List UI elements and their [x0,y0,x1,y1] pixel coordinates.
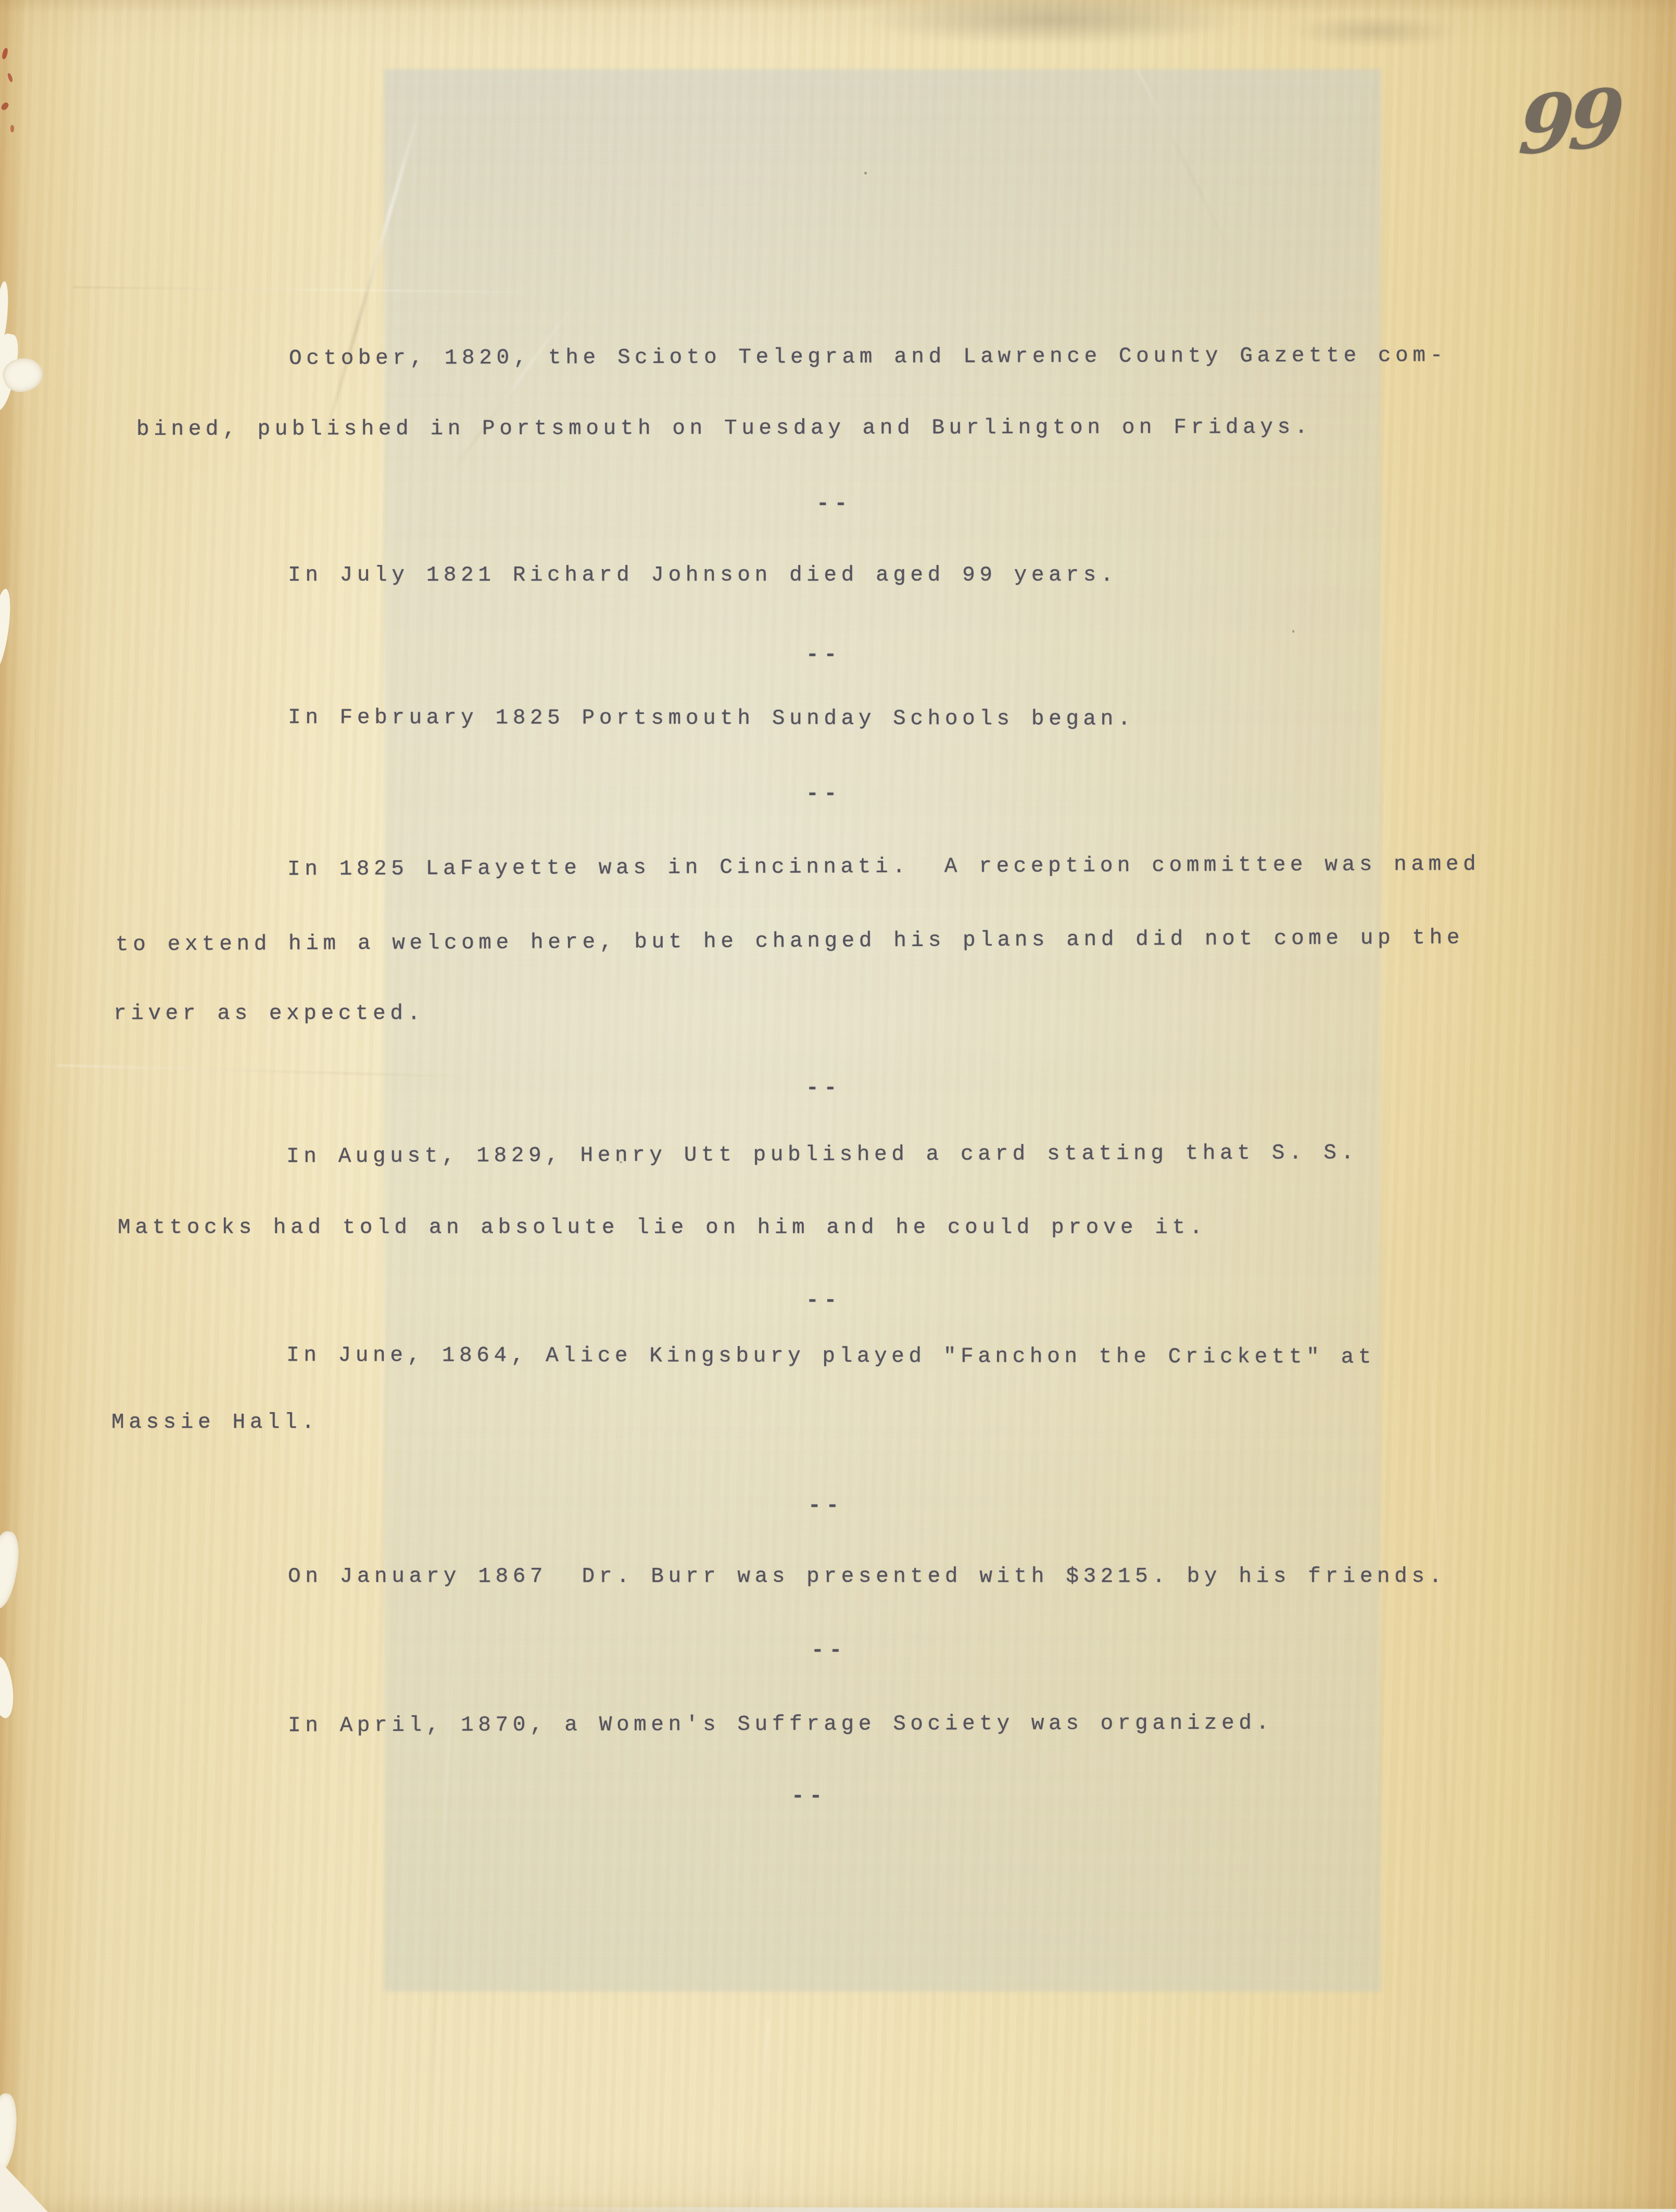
typed-line: In August, 1829, Henry Utt published a c… [286,1142,1358,1167]
typed-line: bined, published in Portsmouth on Tuesda… [136,417,1312,441]
typed-line: Mattocks had told an absolute lie on him… [118,1217,1207,1239]
typed-line: In April, 1870, a Women's Suffrage Socie… [288,1713,1274,1737]
paragraph-separator: -- [806,1078,842,1099]
paragraph-separator: -- [806,645,842,666]
paragraph-separator: -- [806,784,842,805]
paragraph-separator: -- [811,1640,847,1662]
typed-line: October, 1820, the Scioto Telegram and L… [289,345,1447,370]
paragraph-separator: -- [806,1290,842,1312]
paragraph-separator: -- [791,1786,827,1807]
page-number-handwritten: 99 [1517,78,1622,166]
paragraph-separator: -- [816,494,852,515]
document-page: 99 October, 1820, the Scioto Telegram an… [0,0,1676,2212]
typed-line: In July 1821 Richard Johnson died aged 9… [288,565,1118,586]
typed-line: In 1825 LaFayette was in Cincinnati. A r… [287,854,1480,881]
typed-line: On January 1867 Dr. Burr was presented w… [288,1566,1446,1588]
typed-line: In February 1825 Portsmouth Sunday Schoo… [288,708,1135,731]
paragraph-separator: -- [808,1495,844,1517]
typed-line: Massie Hall. [111,1412,319,1434]
typed-line: river as expected. [114,1003,425,1025]
typed-line: In June, 1864, Alice Kingsbury played "F… [286,1345,1376,1368]
